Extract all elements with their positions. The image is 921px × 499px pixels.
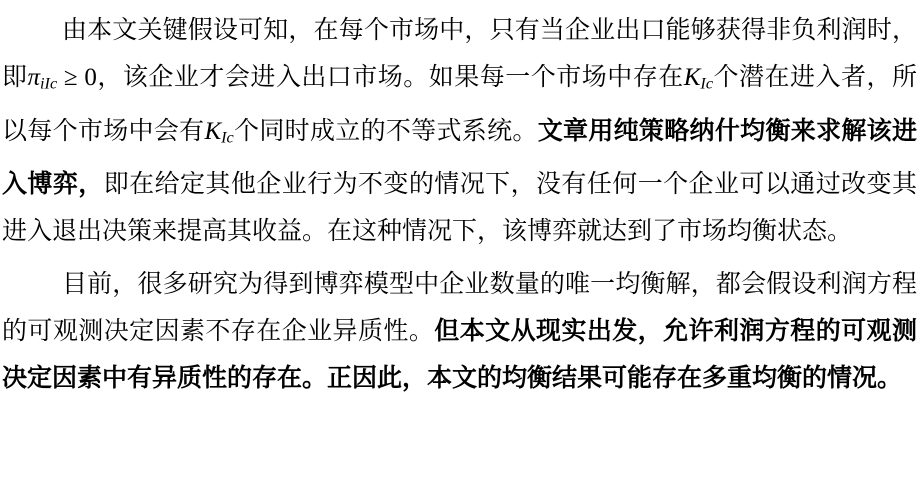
math-subscript: iIc <box>40 75 57 93</box>
math-symbol-K-Ic: KIc <box>684 64 713 91</box>
math-symbol-K-Ic: KIc <box>204 118 233 145</box>
math-subscript: Ic <box>700 75 713 93</box>
text-run: 个同时成立的不等式系统。 <box>234 118 538 145</box>
math-base: K <box>204 118 221 145</box>
text-run: 即在给定其他企业行为不变的情况下，没有任何一个企业可以通过改变其进入退出决策来提… <box>2 171 917 245</box>
math-subscript: Ic <box>221 128 234 146</box>
paragraph-entry-game: 由本文关键假设可知，在每个市场中，只有当企业出口能够获得非负利润时，即πiIc … <box>2 7 917 255</box>
math-symbol-π-iIc: πiIc <box>28 64 58 91</box>
math-base: π <box>28 64 41 91</box>
paragraph-heterogeneity: 目前，很多研究为得到博弈模型中企业数量的唯一均衡解，都会假设利润方程的可观测决定… <box>2 261 917 402</box>
math-base: K <box>684 64 701 91</box>
document-page: 由本文关键假设可知，在每个市场中，只有当企业出口能够获得非负利润时，即πiIc … <box>0 0 921 499</box>
text-run: ≥ 0，该企业才会进入出口市场。如果每一个市场中存在 <box>57 64 684 91</box>
